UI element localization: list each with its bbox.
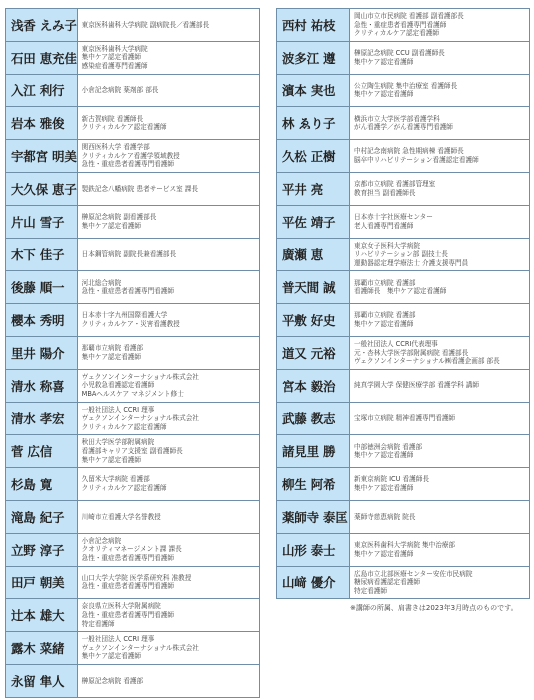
instructor-table-right: 西村 祐枝岡山市立市民病院 看護部 副看護部長急性・重症患者看護専門看護師クリテ… <box>276 8 530 599</box>
instructor-name: 石田 恵充佳 <box>6 41 78 74</box>
instructor-name: 立野 淳子 <box>6 533 78 566</box>
affiliation-line: 看護部キャリア支援室 副看護師長 <box>82 447 259 456</box>
affiliation-line: 那覇市立病院 看護部 <box>354 279 529 288</box>
instructor-affiliation: 那覇市立病院 看護部集中ケア認定看護師 <box>350 304 530 337</box>
instructor-name: 普天間 誠 <box>277 271 350 304</box>
instructor-name: 木下 佳子 <box>6 238 78 271</box>
affiliation-line: クオリティマネージメント課 課長 <box>82 545 259 554</box>
table-row: 里井 陽介那覇市立病院 看護部集中ケア認定看護師 <box>6 336 260 369</box>
footnote: ※講師の所属、肩書きは2023年3月時点のものです。 <box>350 603 518 613</box>
table-row: 岩本 雅俊新古賀病院 看護師長クリティカルケア認定看護師 <box>6 107 260 140</box>
instructor-affiliation: 一般社団法人 CCRI代表理事元・杏林大学医学部附属病院 看護部長ヴェクソンイン… <box>350 336 530 369</box>
table-row: 露木 菜緒一般社団法人 CCRI 理事ヴェクソンインターナショナル株式会社集中ケ… <box>6 632 260 665</box>
affiliation-line: 川崎市立看護大学名誉教授 <box>82 513 259 522</box>
affiliation-line: 薬師寺慈恵病院 院長 <box>354 513 529 522</box>
instructor-affiliation: 山口大学大学院 医学系研究科 准教授急性・重症患者看護専門看護師 <box>77 566 259 599</box>
affiliation-line: 急性・重症患者看護専門看護師 <box>82 554 259 563</box>
instructor-affiliation: 小倉記念病院 薬剤部 部長 <box>77 74 259 107</box>
table-row: 片山 雪子榊原記念病院 副看護部長集中ケア認定看護師 <box>6 205 260 238</box>
affiliation-line: 宝塚市立病院 精神看護専門看護師 <box>354 414 529 423</box>
affiliation-line: クリティカルケア認定看護師 <box>82 423 259 432</box>
instructor-affiliation: 純真学園大学 保健医療学部 看護学科 講師 <box>350 369 530 402</box>
instructor-name: 道又 元裕 <box>277 336 350 369</box>
affiliation-line: 集中ケア認定看護師 <box>354 484 529 493</box>
instructor-affiliation: 河北総合病院急性・重症患者看護専門看護師 <box>77 271 259 304</box>
instructor-name: 辻本 雄大 <box>6 599 78 632</box>
affiliation-line: 久留米大学病院 看護部 <box>82 475 259 484</box>
instructor-name: 宮本 毅治 <box>277 369 350 402</box>
table-row: 辻本 雄大奈良県立医科大学附属病院急性・重症患者看護専門看護師特定看護師 <box>6 599 260 632</box>
instructor-affiliation: 一般社団法人 CCRI 理事ヴェクソンインターナショナル株式会社集中ケア認定看護… <box>77 632 259 665</box>
table-row: 西村 祐枝岡山市立市民病院 看護部 副看護部長急性・重症患者看護専門看護師クリテ… <box>277 9 530 42</box>
table-row: 山﨑 優介広島市立北部医療センター安佐市民病院糖尿病看護認定看護師特定看護師 <box>277 566 530 599</box>
affiliation-line: 急性・重症患者看護専門看護師 <box>82 582 259 591</box>
affiliation-line: 純真学園大学 保健医療学部 看護学科 講師 <box>354 381 529 390</box>
table-row: 普天間 誠那覇市立病院 看護部看護師長 集中ケア認定看護師 <box>277 271 530 304</box>
table-row: 滝島 紀子川崎市立看護大学名誉教授 <box>6 500 260 533</box>
affiliation-line: 関西医科大学 看護学部 <box>82 143 259 152</box>
instructor-affiliation: 関西医科大学 看護学部クリティカルケア看護学領域教授急性・重症患者看護専門看護師 <box>77 140 259 173</box>
affiliation-line: 那覇市立病院 看護部 <box>82 344 259 353</box>
affiliation-line: 広島市立北部医療センター安佐市民病院 <box>354 570 529 579</box>
instructor-name: 露木 菜緒 <box>6 632 78 665</box>
table-row: 清水 孝宏一般社団法人 CCRI 理事ヴェクソンインターナショナル株式会社クリテ… <box>6 402 260 435</box>
affiliation-line: ヴェクソンインターナショナル株式会社 <box>82 414 259 423</box>
instructor-name: 宇都宮 明美 <box>6 140 78 173</box>
instructor-name: 林 ゑり子 <box>277 107 350 140</box>
table-row: 田戸 朝美山口大学大学院 医学系研究科 准教授急性・重症患者看護専門看護師 <box>6 566 260 599</box>
affiliation-line: リハビリテーション部 副技士長 <box>354 250 529 259</box>
affiliation-line: 新東京病院 ICU 看護師長 <box>354 475 529 484</box>
table-row: 道又 元裕一般社団法人 CCRI代表理事元・杏林大学医学部附属病院 看護部長ヴェ… <box>277 336 530 369</box>
table-row: 後藤 順一河北総合病院急性・重症患者看護専門看護師 <box>6 271 260 304</box>
affiliation-line: 岡山市立市民病院 看護部 副看護部長 <box>354 12 529 21</box>
affiliation-line: 糖尿病看護認定看護師 <box>354 578 529 587</box>
instructor-affiliation: 東京医科歯科大学病院集中ケア認定看護師感染症看護専門看護師 <box>77 41 259 74</box>
table-row: 櫻本 秀明日本赤十字九州国際看護大学クリティカルケア・災害看護教授 <box>6 304 260 337</box>
instructor-affiliation: 公立陶生病院 集中治療室 看護師長集中ケア認定看護師 <box>350 74 530 107</box>
table-row: 浅香 えみ子東京医科歯科大学病院 副病院長／看護部長 <box>6 9 260 42</box>
instructor-name: 田戸 朝美 <box>6 566 78 599</box>
instructor-table-left: 浅香 えみ子東京医科歯科大学病院 副病院長／看護部長石田 恵充佳東京医科歯科大学… <box>5 8 260 698</box>
affiliation-line: 製鉄記念八幡病院 患者サービス室 課長 <box>82 185 259 194</box>
affiliation-line: 一般社団法人 CCRI 理事 <box>82 635 259 644</box>
affiliation-line: 日本赤十字九州国際看護大学 <box>82 311 259 320</box>
affiliation-line: 東京医科歯科大学病院 集中治療部 <box>354 541 529 550</box>
instructor-name: 西村 祐枝 <box>277 9 350 42</box>
instructor-name: 山﨑 優介 <box>277 566 350 599</box>
table-row: 薬師寺 泰匡薬師寺慈恵病院 院長 <box>277 500 530 533</box>
instructor-name: 濱本 実也 <box>277 74 350 107</box>
affiliation-line: 集中ケア認定看護師 <box>82 652 259 661</box>
affiliation-line: 小児救急看護認定看護師 <box>82 381 259 390</box>
instructor-affiliation: 広島市立北部医療センター安佐市民病院糖尿病看護認定看護師特定看護師 <box>350 566 530 599</box>
affiliation-line: 集中ケア認定看護師 <box>354 90 529 99</box>
table-row: 清水 称喜ヴェクソンインターナショナル株式会社小児救急看護認定看護師MBAヘルス… <box>6 369 260 402</box>
instructor-affiliation: 中村記念南病院 急性期病棟 看護師長脳卒中リハビリテーション看護認定看護師 <box>350 140 530 173</box>
table-row: 大久保 恵子製鉄記念八幡病院 患者サービス室 課長 <box>6 172 260 205</box>
affiliation-line: 京都市立病院 看護部管理室 <box>354 180 529 189</box>
instructor-affiliation: 日本赤十字九州国際看護大学クリティカルケア・災害看護教授 <box>77 304 259 337</box>
affiliation-line: MBAヘルスケア マネジメント修士 <box>82 390 259 399</box>
table-row: 林 ゑり子横浜市立大学医学部看護学科がん看護学／がん看護専門看護師 <box>277 107 530 140</box>
instructor-name: 後藤 順一 <box>6 271 78 304</box>
affiliation-line: 中村記念南病院 急性期病棟 看護師長 <box>354 147 529 156</box>
affiliation-line: 老人看護専門看護師 <box>354 222 529 231</box>
affiliation-line: 集中ケア認定看護師 <box>354 320 529 329</box>
table-row: 諸見里 勝中部徳洲会病院 看護部集中ケア認定看護師 <box>277 435 530 468</box>
instructor-name: 滝島 紀子 <box>6 500 78 533</box>
instructor-affiliation: 東京医科歯科大学病院 副病院長／看護部長 <box>77 9 259 42</box>
instructor-affiliation: 那覇市立病院 看護部看護師長 集中ケア認定看護師 <box>350 271 530 304</box>
affiliation-line: 特定看護師 <box>354 587 529 596</box>
instructor-name: 武藤 教志 <box>277 402 350 435</box>
affiliation-line: 集中ケア認定看護師 <box>354 550 529 559</box>
instructor-name: 清水 孝宏 <box>6 402 78 435</box>
affiliation-line: 那覇市立病院 看護部 <box>354 311 529 320</box>
affiliation-line: 教育担当 副看護師長 <box>354 189 529 198</box>
table-row: 石田 恵充佳東京医科歯科大学病院集中ケア認定看護師感染症看護専門看護師 <box>6 41 260 74</box>
instructor-affiliation: 東京医科歯科大学病院 集中治療部集中ケア認定看護師 <box>350 533 530 566</box>
instructor-affiliation: 奈良県立医科大学附属病院急性・重症患者看護専門看護師特定看護師 <box>77 599 259 632</box>
instructor-affiliation: 京都市立病院 看護部管理室教育担当 副看護師長 <box>350 172 530 205</box>
table-row: 波多江 遵榊原記念病院 CCU 副看護師長集中ケア認定看護師 <box>277 41 530 74</box>
instructor-name: 柳生 阿希 <box>277 468 350 501</box>
instructor-name: 菅 広信 <box>6 435 78 468</box>
affiliation-line: 横浜市立大学医学部看護学科 <box>354 115 529 124</box>
instructor-affiliation: 宝塚市立病院 精神看護専門看護師 <box>350 402 530 435</box>
affiliation-line: 東京医科歯科大学病院 副病院長／看護部長 <box>82 21 259 30</box>
affiliation-line: 集中ケア認定看護師 <box>82 222 259 231</box>
instructor-affiliation: 岡山市立市民病院 看護部 副看護部長急性・重症患者看護専門看護師クリティカルケア… <box>350 9 530 42</box>
affiliation-line: 集中ケア認定看護師 <box>82 456 259 465</box>
affiliation-line: 急性・重症患者看護専門看護師 <box>354 21 529 30</box>
affiliation-line: 東京女子医科大学病院 <box>354 242 529 251</box>
affiliation-line: 特定看護師 <box>82 620 259 629</box>
instructor-affiliation: 那覇市立病院 看護部集中ケア認定看護師 <box>77 336 259 369</box>
affiliation-line: 集中ケア認定看護師 <box>82 353 259 362</box>
affiliation-line: 運動器認定理学療法士 介護支援専門員 <box>354 259 529 268</box>
affiliation-line: 急性・重症患者看護専門看護師 <box>82 160 259 169</box>
instructor-affiliation: 榊原記念病院 副看護部長集中ケア認定看護師 <box>77 205 259 238</box>
instructor-affiliation: 薬師寺慈恵病院 院長 <box>350 500 530 533</box>
instructor-name: 清水 称喜 <box>6 369 78 402</box>
affiliation-line: 榊原記念病院 CCU 副看護師長 <box>354 49 529 58</box>
instructor-name: 波多江 遵 <box>277 41 350 74</box>
affiliation-line: 榊原記念病院 副看護部長 <box>82 213 259 222</box>
affiliation-line: クリティカルケア認定看護師 <box>82 484 259 493</box>
affiliation-line: 奈良県立医科大学附属病院 <box>82 602 259 611</box>
affiliation-line: 集中ケア認定看護師 <box>82 53 259 62</box>
instructor-affiliation: ヴェクソンインターナショナル株式会社小児救急看護認定看護師MBAヘルスケア マネ… <box>77 369 259 402</box>
instructor-affiliation: 日本鋼管病院 副院長兼看護部長 <box>77 238 259 271</box>
affiliation-line: クリティカルケア認定看護師 <box>354 29 529 38</box>
table-row: 杉島 寛久留米大学病院 看護部クリティカルケア認定看護師 <box>6 468 260 501</box>
affiliation-line: 一般社団法人 CCRI 理事 <box>82 406 259 415</box>
instructor-affiliation: 横浜市立大学医学部看護学科がん看護学／がん看護専門看護師 <box>350 107 530 140</box>
affiliation-line: 集中ケア認定看護師 <box>354 451 529 460</box>
table-row: 武藤 教志宝塚市立病院 精神看護専門看護師 <box>277 402 530 435</box>
table-row: 立野 淳子小倉記念病院クオリティマネージメント課 課長急性・重症患者看護専門看護… <box>6 533 260 566</box>
affiliation-line: がん看護学／がん看護専門看護師 <box>354 123 529 132</box>
instructor-name: 廣瀬 恵 <box>277 238 350 271</box>
table-row: 菅 広信秋田大学医学部附属病院看護部キャリア支援室 副看護師長集中ケア認定看護師 <box>6 435 260 468</box>
instructor-name: 大久保 恵子 <box>6 172 78 205</box>
affiliation-line: 元・杏林大学医学部附属病院 看護部長 <box>354 349 529 358</box>
instructor-affiliation: 川崎市立看護大学名誉教授 <box>77 500 259 533</box>
affiliation-line: 榊原記念病院 看護部 <box>82 677 259 686</box>
affiliation-line: クリティカルケア認定看護師 <box>82 123 259 132</box>
instructor-name: 平佐 靖子 <box>277 205 350 238</box>
affiliation-line: 集中ケア認定看護師 <box>354 58 529 67</box>
table-row: 平井 亮京都市立病院 看護部管理室教育担当 副看護師長 <box>277 172 530 205</box>
affiliation-line: 一般社団法人 CCRI代表理事 <box>354 340 529 349</box>
table-row: 久松 正樹中村記念南病院 急性期病棟 看護師長脳卒中リハビリテーション看護認定看… <box>277 140 530 173</box>
instructor-name: 平井 亮 <box>277 172 350 205</box>
instructor-affiliation: 榊原記念病院 看護部 <box>77 664 259 697</box>
instructor-affiliation: 新古賀病院 看護師長クリティカルケア認定看護師 <box>77 107 259 140</box>
table-row: 永留 隼人榊原記念病院 看護部 <box>6 664 260 697</box>
affiliation-line: クリティカルケア・災害看護教授 <box>82 320 259 329</box>
affiliation-line: 小倉記念病院 薬剤部 部長 <box>82 86 259 95</box>
instructor-name: 片山 雪子 <box>6 205 78 238</box>
instructor-name: 薬師寺 泰匡 <box>277 500 350 533</box>
instructor-affiliation: 日本赤十字社医療センター老人看護専門看護師 <box>350 205 530 238</box>
affiliation-line: 秋田大学医学部附属病院 <box>82 438 259 447</box>
instructor-affiliation: 東京女子医科大学病院リハビリテーション部 副技士長運動器認定理学療法士 介護支援… <box>350 238 530 271</box>
instructor-affiliation: 久留米大学病院 看護部クリティカルケア認定看護師 <box>77 468 259 501</box>
instructor-name: 平敷 好史 <box>277 304 350 337</box>
affiliation-line: 日本赤十字社医療センター <box>354 213 529 222</box>
instructor-name: 山形 泰士 <box>277 533 350 566</box>
table-row: 宇都宮 明美関西医科大学 看護学部クリティカルケア看護学領域教授急性・重症患者看… <box>6 140 260 173</box>
affiliation-line: 日本鋼管病院 副院長兼看護部長 <box>82 250 259 259</box>
instructor-affiliation: 新東京病院 ICU 看護師長集中ケア認定看護師 <box>350 468 530 501</box>
table-row: 平敷 好史那覇市立病院 看護部集中ケア認定看護師 <box>277 304 530 337</box>
affiliation-line: ヴェクソンインターナショナル㈱看護企画部 部長 <box>354 357 529 366</box>
affiliation-line: 急性・重症患者看護専門看護師 <box>82 611 259 620</box>
instructor-name: 里井 陽介 <box>6 336 78 369</box>
table-row: 平佐 靖子日本赤十字社医療センター老人看護専門看護師 <box>277 205 530 238</box>
instructor-affiliation: 製鉄記念八幡病院 患者サービス室 課長 <box>77 172 259 205</box>
affiliation-line: 新古賀病院 看護師長 <box>82 115 259 124</box>
affiliation-line: 河北総合病院 <box>82 279 259 288</box>
instructor-name: 永留 隼人 <box>6 664 78 697</box>
instructor-name: 諸見里 勝 <box>277 435 350 468</box>
table-row: 山形 泰士東京医科歯科大学病院 集中治療部集中ケア認定看護師 <box>277 533 530 566</box>
instructor-name: 櫻本 秀明 <box>6 304 78 337</box>
affiliation-line: 感染症看護専門看護師 <box>82 62 259 71</box>
affiliation-line: 看護師長 集中ケア認定看護師 <box>354 287 529 296</box>
instructor-name: 浅香 えみ子 <box>6 9 78 42</box>
table-row: 濱本 実也公立陶生病院 集中治療室 看護師長集中ケア認定看護師 <box>277 74 530 107</box>
instructor-affiliation: 秋田大学医学部附属病院看護部キャリア支援室 副看護師長集中ケア認定看護師 <box>77 435 259 468</box>
instructor-affiliation: 中部徳洲会病院 看護部集中ケア認定看護師 <box>350 435 530 468</box>
instructor-name: 久松 正樹 <box>277 140 350 173</box>
table-row: 入江 利行小倉記念病院 薬剤部 部長 <box>6 74 260 107</box>
instructor-name: 岩本 雅俊 <box>6 107 78 140</box>
table-row: 廣瀬 恵東京女子医科大学病院リハビリテーション部 副技士長運動器認定理学療法士 … <box>277 238 530 271</box>
instructor-name: 杉島 寛 <box>6 468 78 501</box>
instructor-affiliation: 一般社団法人 CCRI 理事ヴェクソンインターナショナル株式会社クリティカルケア… <box>77 402 259 435</box>
instructor-affiliation: 小倉記念病院クオリティマネージメント課 課長急性・重症患者看護専門看護師 <box>77 533 259 566</box>
affiliation-line: 脳卒中リハビリテーション看護認定看護師 <box>354 156 529 165</box>
affiliation-line: 急性・重症患者看護専門看護師 <box>82 287 259 296</box>
affiliation-line: 中部徳洲会病院 看護部 <box>354 443 529 452</box>
instructor-name: 入江 利行 <box>6 74 78 107</box>
table-row: 木下 佳子日本鋼管病院 副院長兼看護部長 <box>6 238 260 271</box>
instructor-affiliation: 榊原記念病院 CCU 副看護師長集中ケア認定看護師 <box>350 41 530 74</box>
table-row: 宮本 毅治純真学園大学 保健医療学部 看護学科 講師 <box>277 369 530 402</box>
table-row: 柳生 阿希新東京病院 ICU 看護師長集中ケア認定看護師 <box>277 468 530 501</box>
